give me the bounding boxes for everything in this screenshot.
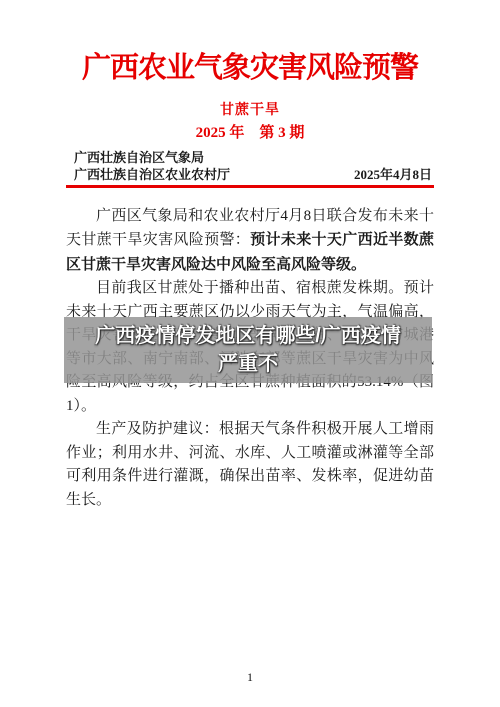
caption-overlay-line-2: 严重不 [218,350,278,378]
issuer-agency-2: 广西壮族自治区农业农村厅 [74,167,230,183]
issuer-agency-1: 广西壮族自治区气象局 [74,150,230,166]
caption-overlay-line-1: 广西疫情停发地区有哪些/广西疫情 [95,322,401,350]
paragraph-advice: 生产及防护建议：根据天气条件积极开展人工增雨作业；利用水井、河流、水库、人工喷灌… [66,418,434,512]
header-divider-rule [66,185,434,188]
doc-subtitle: 甘蔗干旱 [66,99,434,119]
paragraph-warning: 广西区气象局和农业农村厅4月8日联合发布未来十天甘蔗干旱灾害风险预警：预计未来十… [66,205,434,278]
issuer-header-row: 广西壮族自治区气象局 广西壮族自治区农业农村厅 2025年4月8日 [66,150,434,183]
page-number: 1 [0,670,500,685]
document-page: 广西农业气象灾害风险预警 甘蔗干旱 2025 年 第 3 期 广西壮族自治区气象… [0,0,500,707]
issue-number-line: 2025 年 第 3 期 [66,121,434,142]
caption-overlay-band: 广西疫情停发地区有哪些/广西疫情 严重不 [64,317,432,383]
doc-title: 广西农业气象灾害风险预警 [66,50,434,86]
document-content: 广西农业气象灾害风险预警 甘蔗干旱 2025 年 第 3 期 广西壮族自治区气象… [0,50,500,512]
issue-date: 2025年4月8日 [354,164,432,183]
issuer-agencies: 广西壮族自治区气象局 广西壮族自治区农业农村厅 [74,150,230,183]
